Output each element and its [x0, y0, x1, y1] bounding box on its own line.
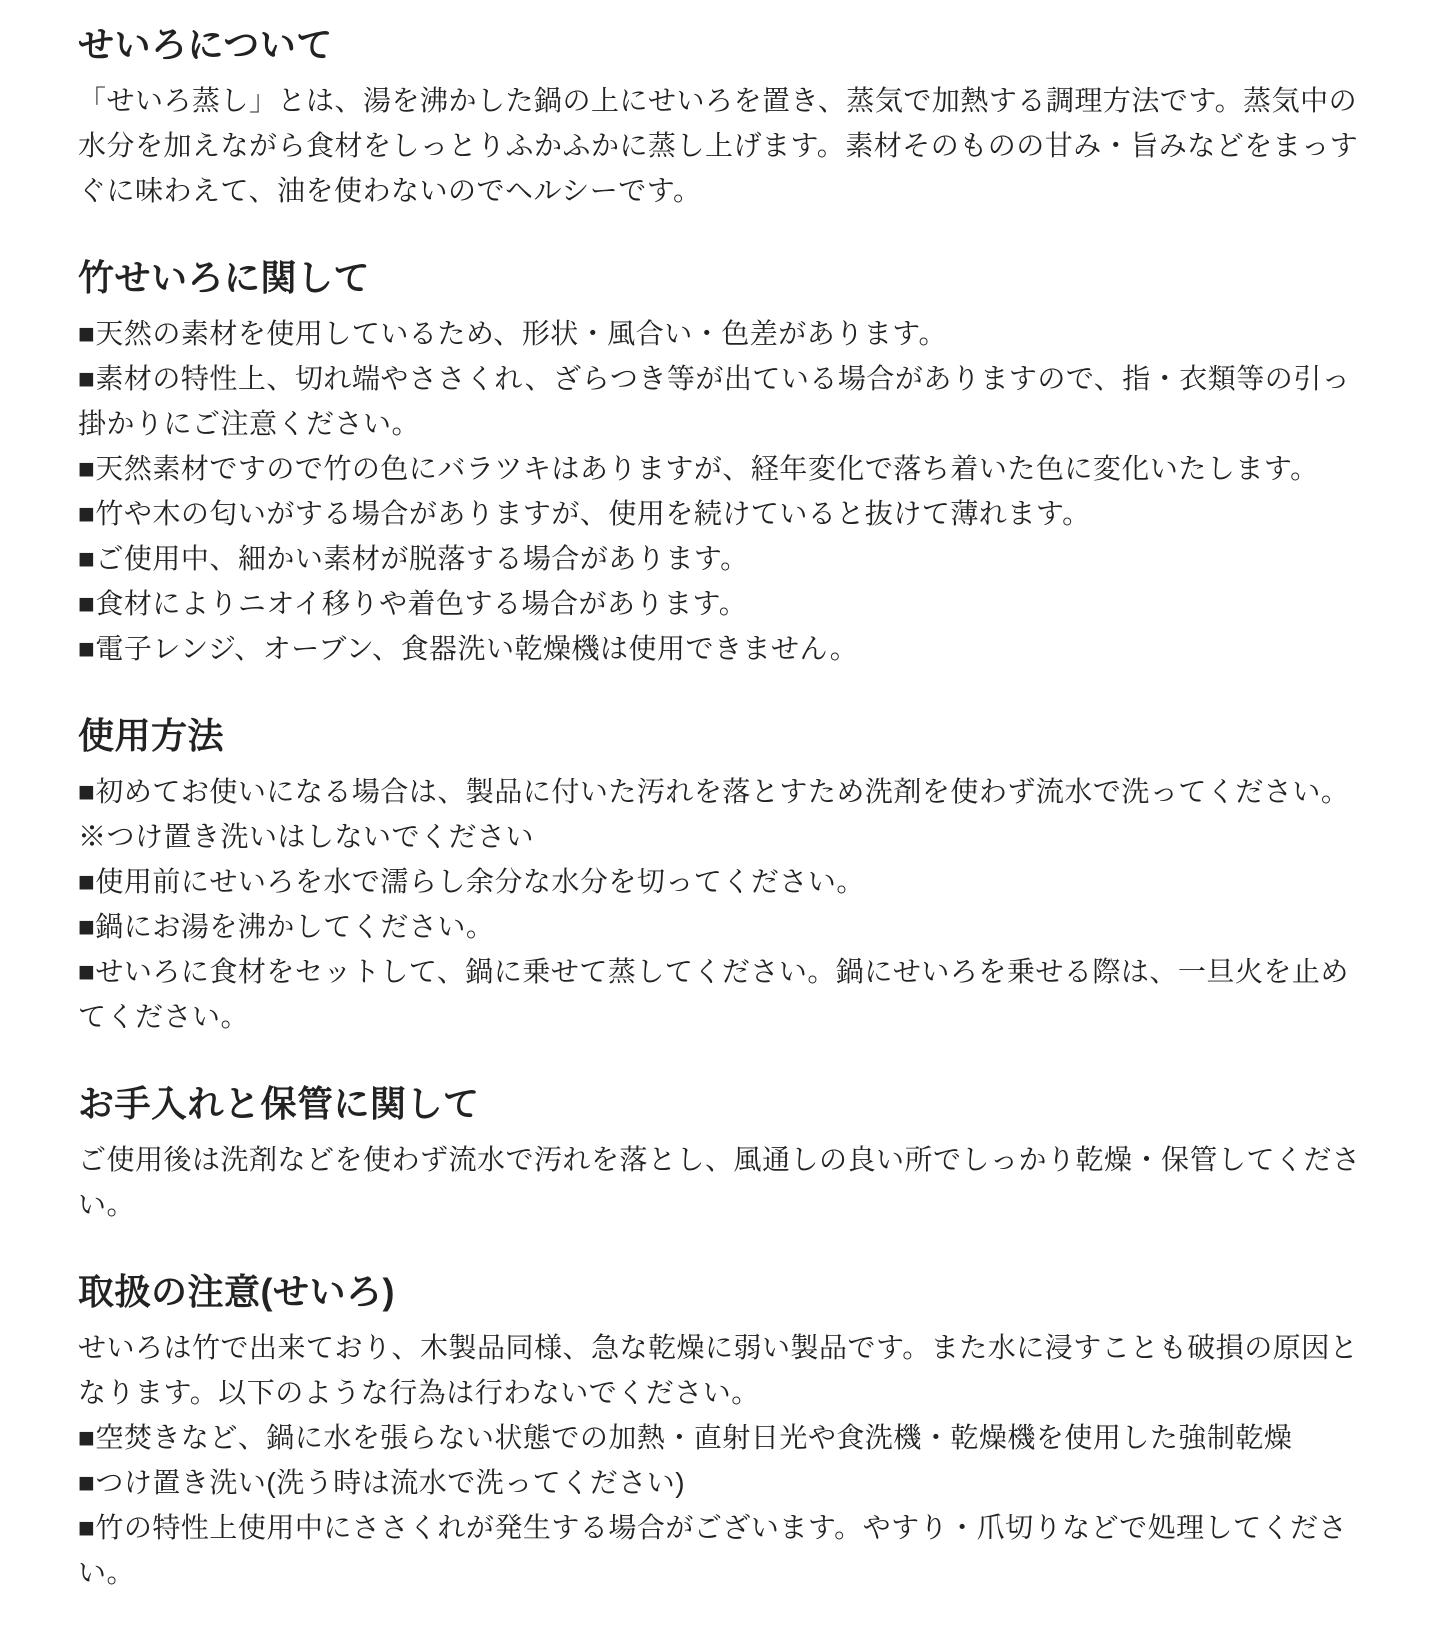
paragraph: ご使用後は洗剤などを使わず流水で汚れを落とし、風通しの良い所でしっかり乾燥・保管… [78, 1137, 1374, 1227]
section-heading: お手入れと保管に関して [78, 1079, 1374, 1129]
section-heading: せいろについて [78, 20, 1374, 70]
section-usage-instructions: 使用方法 ■初めてお使いになる場合は、製品に付いた汚れを落とすため洗剤を使わず流… [78, 711, 1374, 1039]
bullet-item: ■竹の特性上使用中にささくれが発生する場合がございます。やすり・爪切りなどで処理… [78, 1505, 1374, 1595]
bullet-item: ■鍋にお湯を沸かしてください。 [78, 904, 1374, 949]
section-heading: 竹せいろに関して [78, 253, 1374, 303]
paragraph: せいろは竹で出来ており、木製品同様、急な乾燥に弱い製品です。また水に浸すことも破… [78, 1325, 1374, 1415]
section-bamboo-steamer-notes: 竹せいろに関して ■天然の素材を使用しているため、形状・風合い・色差があります。… [78, 253, 1374, 671]
bullet-item: ■竹や木の匂いがする場合がありますが、使用を続けていると抜けて薄れます。 [78, 491, 1374, 536]
bullet-item: ■せいろに食材をセットして、鍋に乗せて蒸してください。鍋にせいろを乗せる際は、一… [78, 949, 1374, 1039]
section-about-seiro: せいろについて 「せいろ蒸し」とは、湯を沸かした鍋の上にせいろを置き、蒸気で加熱… [78, 20, 1374, 213]
section-heading: 使用方法 [78, 711, 1374, 761]
bullet-item: ■天然の素材を使用しているため、形状・風合い・色差があります。 [78, 311, 1374, 356]
bullet-item: ■素材の特性上、切れ端やささくれ、ざらつき等が出ている場合がありますので、指・衣… [78, 356, 1374, 446]
bullet-item: ■使用前にせいろを水で濡らし余分な水分を切ってください。 [78, 859, 1374, 904]
section-heading: 取扱の注意(せいろ) [78, 1267, 1374, 1317]
bullet-item: ■空焚きなど、鍋に水を張らない状態での加熱・直射日光や食洗機・乾燥機を使用した強… [78, 1415, 1374, 1460]
paragraph: 「せいろ蒸し」とは、湯を沸かした鍋の上にせいろを置き、蒸気で加熱する調理方法です… [78, 78, 1374, 213]
bullet-item: ■食材によりニオイ移りや着色する場合があります。 [78, 581, 1374, 626]
bullet-item: ■天然素材ですので竹の色にバラツキはありますが、経年変化で落ち着いた色に変化いた… [78, 446, 1374, 491]
bullet-item: ■つけ置き洗い(洗う時は流水で洗ってください) [78, 1460, 1374, 1505]
bullet-item: ■電子レンジ、オーブン、食器洗い乾燥機は使用できません。 [78, 626, 1374, 671]
product-care-document: せいろについて 「せいろ蒸し」とは、湯を沸かした鍋の上にせいろを置き、蒸気で加熱… [0, 0, 1440, 1640]
bullet-item: ■ご使用中、細かい素材が脱落する場合があります。 [78, 536, 1374, 581]
bullet-item: ■初めてお使いになる場合は、製品に付いた汚れを落とすため洗剤を使わず流水で洗って… [78, 769, 1374, 859]
section-care-and-storage: お手入れと保管に関して ご使用後は洗剤などを使わず流水で汚れを落とし、風通しの良… [78, 1079, 1374, 1227]
section-handling-cautions: 取扱の注意(せいろ) せいろは竹で出来ており、木製品同様、急な乾燥に弱い製品です… [78, 1267, 1374, 1595]
